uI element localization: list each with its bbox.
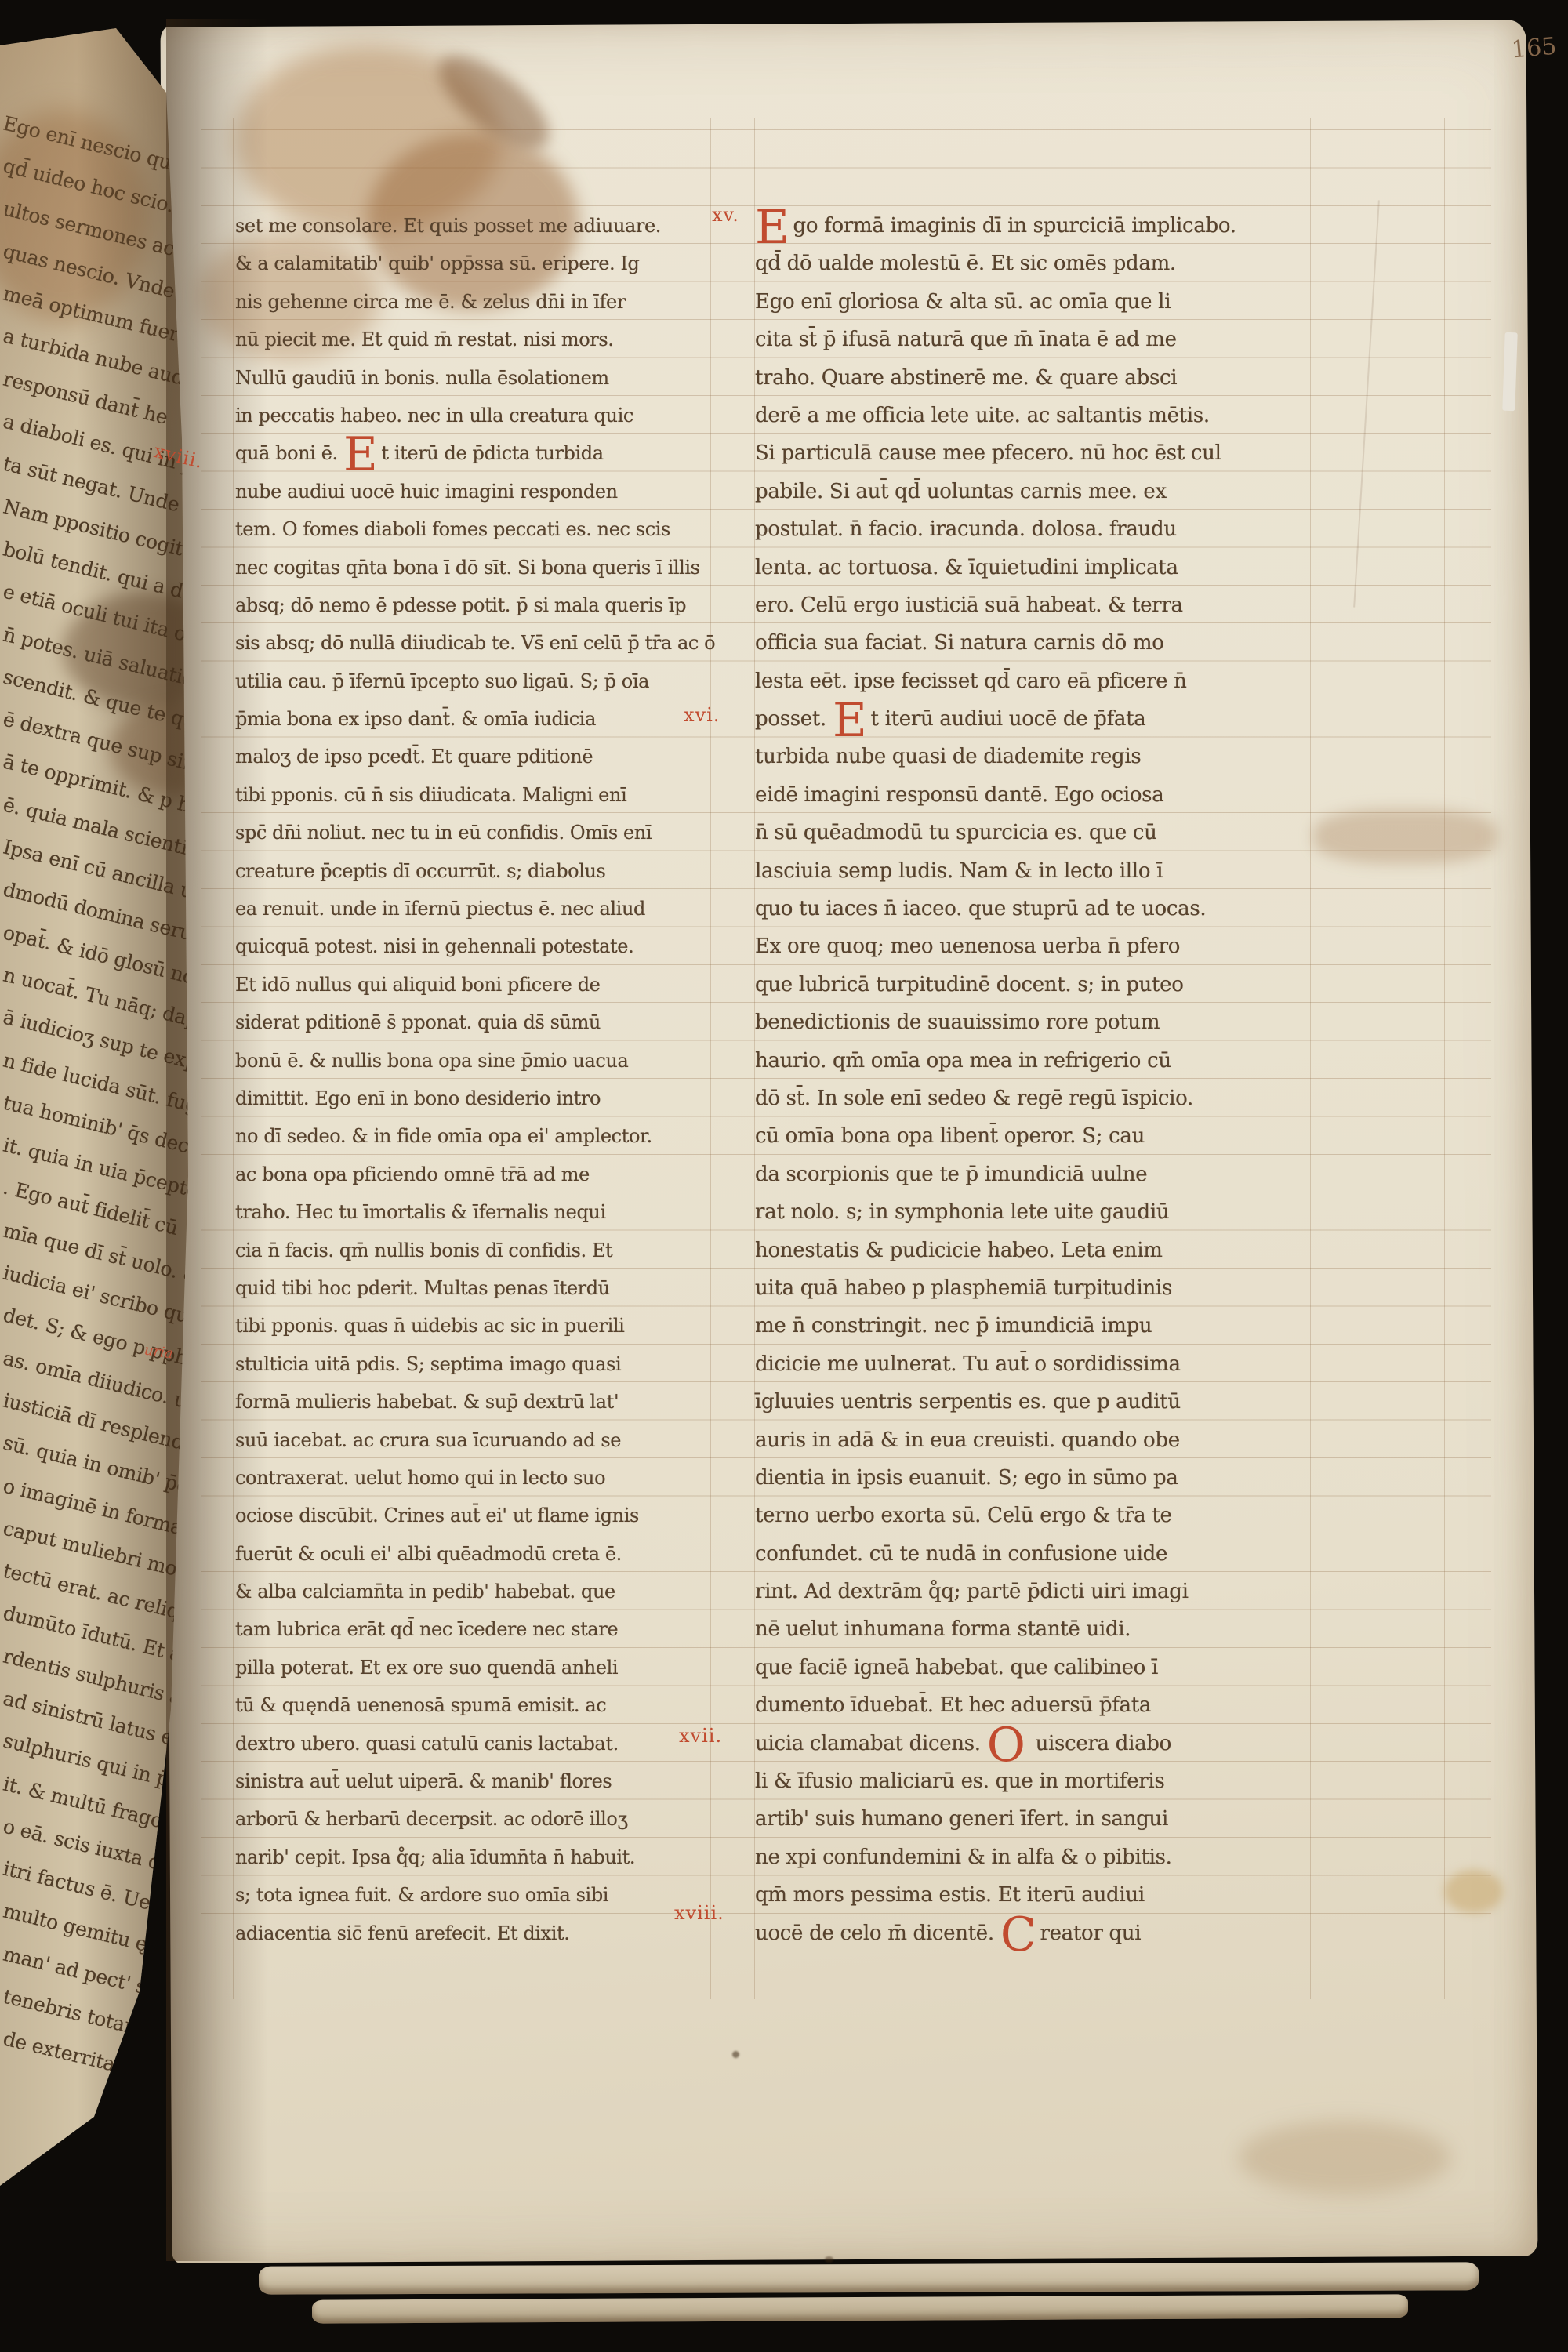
manuscript-line: quo tu iaces n̄ iaceo. que stuprū ad te …	[755, 891, 1315, 929]
manuscript-line: uita quā habeo p plasphemiā turpitudinis	[755, 1271, 1315, 1308]
manuscript-line: dumento īduebat̄. Et hec aduersū p̄fata	[755, 1688, 1315, 1726]
manuscript-line: sinistra aut̄ uelut uiperā. & manib' flo…	[235, 1764, 715, 1802]
text-segment: uicia clamabat dicens.	[755, 1732, 987, 1755]
manuscript-line: & alba calciamn̄ta in pedib' habebat. qu…	[235, 1574, 715, 1612]
previous-page-fragment: Ego enī nescio quid pqd̄ uideo hoc scio.…	[0, 0, 193, 2195]
text-segment: spc̄ dn̄i noliut. nec tu in eū confidis.…	[235, 822, 652, 844]
text-segment: formā mulieris habebat. & sup̄ dextrū la…	[235, 1391, 619, 1413]
text-segment: que lubricā turpitudinē docent. s; in pu…	[755, 973, 1184, 996]
page-block-edge	[312, 2294, 1408, 2323]
text-segment: officia sua faciat. Si natura carnis dō …	[755, 631, 1164, 655]
text-column-left: set me consolare. Et quis posset me adiu…	[235, 209, 715, 1954]
manuscript-line: eidē imagini responsū dantē. Ego ociosa	[755, 778, 1315, 815]
text-segment: rat nolo. s; in symphonia lete uite gaud…	[755, 1200, 1169, 1224]
manuscript-line: ociose discūbit. Crines aut̄ ei' ut flam…	[235, 1498, 715, 1536]
chapter-numeral-xviii: xviii.	[674, 1902, 724, 1924]
manuscript-line: pabile. Si aut̄ qd̄ uoluntas carnis mee.…	[755, 474, 1315, 512]
rubric-initial: C	[1000, 1907, 1036, 1962]
manuscript-line: siderat pditionē s̄ pponat. quia ds̄ sūm…	[235, 1005, 715, 1043]
manuscript-line: que lubricā turpitudinē docent. s; in pu…	[755, 967, 1315, 1005]
manuscript-line: Ex ore quoq; meo uenenosa uerba n̄ pfero	[755, 929, 1315, 967]
text-column-right: Ego formā imaginis dī in spurciciā impli…	[755, 209, 1315, 1954]
text-segment: Ego enī gloriosa & alta sū. ac omīa que …	[755, 290, 1171, 314]
manuscript-line: p̄mia bona ex ipso dant̄. & omīa iudicia	[235, 702, 715, 739]
manuscript-line: derē a me officia lete uite. ac saltanti…	[755, 398, 1315, 436]
manuscript-line: li & īfusio maliciarū es. que in mortife…	[755, 1764, 1315, 1802]
manuscript-line: honestatis & pudicicie habeo. Leta enim	[755, 1233, 1315, 1271]
manuscript-line: auris in adā & in eua creuisti. quando o…	[755, 1423, 1315, 1461]
manuscript-line: n̄ sū quēadmodū tu spurcicia es. que cū	[755, 815, 1315, 853]
text-segment: me n̄ constringit. nec p̄ imundiciā impu	[755, 1314, 1152, 1338]
text-segment: Nullū gaudiū in bonis. nulla ēsolationem	[235, 367, 609, 389]
manuscript-line: narib' cepit. Ipsa q̊q; alia īdumn̄ta n̄…	[235, 1840, 715, 1878]
manuscript-line: fuerūt & oculi ei' albi quēadmodū creta …	[235, 1537, 715, 1574]
manuscript-line: dientia in ipsis euanuit. S; ego in sūmo…	[755, 1461, 1315, 1498]
manuscript-line: ea renuit. unde in īfernū piectus ē. nec…	[235, 891, 715, 929]
text-segment: sinistra aut̄ uelut uiperā. & manib' flo…	[235, 1770, 612, 1792]
text-segment: Et idō nullus qui aliquid boni pficere d…	[235, 974, 600, 996]
text-segment: set me consolare. Et quis posset me adiu…	[235, 215, 661, 237]
text-segment: confundet. cū te nudā in confusione uide	[755, 1542, 1167, 1566]
text-segment: pabile. Si aut̄ qd̄ uoluntas carnis mee.…	[755, 480, 1167, 503]
manuscript-line: suū iacebat. ac crura sua īcuruando ad s…	[235, 1423, 715, 1461]
manuscript-line: adiacentia sic̄ fenū arefecit. Et dixit.	[235, 1916, 715, 1954]
chapter-numeral-xvii: xvii.	[679, 1725, 722, 1747]
folio-number: 165	[1511, 33, 1558, 64]
manuscript-line: s; tota ignea fuit. & ardore suo omīa si…	[235, 1878, 715, 1915]
text-segment: uiscera diabo	[1029, 1732, 1171, 1755]
manuscript-line: postulat. n̄ facio. iracunda. dolosa. fr…	[755, 512, 1315, 550]
manuscript-line: cū omīa bona opa libent̄ operor. S; cau	[755, 1119, 1315, 1156]
manuscript-line: quā boni ē. Et iterū de p̄dicta turbida	[235, 436, 715, 474]
text-segment: stulticia uitā pdis. S; septima imago qu…	[235, 1353, 621, 1375]
text-segment: utilia cau. p̄ īfernū īpcepto suo ligaū.…	[235, 670, 649, 692]
manuscript-line: spc̄ dn̄i noliut. nec tu in eū confidis.…	[235, 815, 715, 853]
text-segment: ac bona opa pficiendo omnē tr̄ā ad me	[235, 1163, 590, 1185]
text-segment: narib' cepit. Ipsa q̊q; alia īdumn̄ta n̄…	[235, 1846, 635, 1868]
text-segment: t iterū de p̄dicta turbida	[381, 442, 603, 464]
text-segment: qd̄ dō ualde molestū ē. Et sic omēs pdam…	[755, 252, 1176, 275]
text-segment: que faciē igneā habebat. que calibineo ī	[755, 1656, 1158, 1679]
manuscript-line: contraxerat. uelut homo qui in lecto suo	[235, 1461, 715, 1498]
text-segment: da scorpionis que te p̄ imundiciā uulne	[755, 1163, 1147, 1186]
manuscript-line: uocē de celo m̄ dicentē. Creator qui	[755, 1916, 1315, 1954]
text-segment: no dī sedeo. & in fide omīa opa ei' ampl…	[235, 1125, 652, 1147]
manuscript-line: confundet. cū te nudā in confusione uide	[755, 1537, 1315, 1574]
text-segment: reator qui	[1040, 1922, 1141, 1945]
text-segment: ociose discūbit. Crines aut̄ ei' ut flam…	[235, 1504, 639, 1526]
text-segment: creature p̄ceptis dī occurrūt. s; diabol…	[235, 860, 605, 882]
text-segment: derē a me officia lete uite. ac saltanti…	[755, 404, 1210, 427]
manuscript-line: officia sua faciat. Si natura carnis dō …	[755, 626, 1315, 663]
text-segment: quicquā potest. nisi in gehennali potest…	[235, 935, 633, 957]
text-segment: postulat. n̄ facio. iracunda. dolosa. fr…	[755, 517, 1177, 541]
text-segment: & alba calciamn̄ta in pedib' habebat. qu…	[235, 1581, 615, 1602]
manuscript-line: nē uelut inhumana forma stantē uidi.	[755, 1612, 1315, 1650]
text-segment: dicicie me uulnerat. Tu aut̄ o sordidiss…	[755, 1352, 1181, 1376]
text-segment: quo tu iaces n̄ iaceo. que stuprū ad te …	[755, 897, 1206, 920]
manuscript-line: no dī sedeo. & in fide omīa opa ei' ampl…	[235, 1119, 715, 1156]
manuscript-line: īgluuies uentris serpentis es. que p aud…	[755, 1385, 1315, 1422]
text-segment: ea renuit. unde in īfernū piectus ē. nec…	[235, 898, 645, 920]
text-segment: traho. Hec tu īmortalis & īfernalis nequ…	[235, 1201, 606, 1223]
manuscript-line: Ego formā imaginis dī in spurciciā impli…	[755, 209, 1315, 246]
text-segment: lenta. ac tortuosa. & īquietudini implic…	[755, 556, 1178, 579]
manuscript-line: me n̄ constringit. nec p̄ imundiciā impu	[755, 1308, 1315, 1346]
text-segment: qm̄ mors pessima estis. Et iterū audiui	[755, 1883, 1145, 1907]
text-segment: adiacentia sic̄ fenū arefecit. Et dixit.	[235, 1922, 570, 1944]
text-segment: s; tota ignea fuit. & ardore suo omīa si…	[235, 1884, 608, 1906]
manuscript-line: & a calamitatib' quib' opp̄ssa sū. eripe…	[235, 246, 715, 284]
text-segment: tibi pponis. quas n̄ uidebis ac sic in p…	[235, 1315, 624, 1337]
text-segment: go formā imaginis dī in spurciciā implic…	[793, 214, 1236, 238]
text-segment: benedictionis de suauissimo rore potum	[755, 1011, 1160, 1034]
text-segment: nū piecit me. Et quid m̄ restat. nisi mo…	[235, 328, 614, 350]
ruling-line	[1444, 118, 1445, 1999]
text-segment: tam lubrica erāt qd̄ nec īcedere nec sta…	[235, 1618, 618, 1640]
text-segment: eidē imagini responsū dantē. Ego ociosa	[755, 783, 1163, 807]
text-segment: nube audiui uocē huic imagini responden	[235, 481, 618, 503]
ruling-line	[1490, 118, 1490, 1999]
manuscript-photo: set me consolare. Et quis posset me adiu…	[0, 0, 1568, 2352]
text-segment: li & īfusio maliciarū es. que in mortife…	[755, 1769, 1165, 1793]
text-segment: auris in adā & in eua creuisti. quando o…	[755, 1428, 1180, 1452]
gutter-shadow	[166, 19, 268, 2261]
chapter-numeral-xvi: xvi.	[684, 704, 720, 726]
chapter-numeral-xv: xv.	[712, 204, 739, 226]
manuscript-line: cita st̄ p̄ ifusā naturā que m̄ īnata ē …	[755, 322, 1315, 360]
text-segment: lasciuia semp ludis. Nam & in lecto illo…	[755, 859, 1163, 883]
text-segment: uita quā habeo p plasphemiā turpitudinis	[755, 1276, 1172, 1300]
text-segment: tem. O fomes diaboli fomes peccati es. n…	[235, 518, 670, 540]
text-segment: & a calamitatib' quib' opp̄ssa sū. eripe…	[235, 252, 640, 274]
text-segment: rint. Ad dextrām q̊q; partē p̄dicti uiri…	[755, 1580, 1189, 1603]
text-segment: Si particulā cause mee pfecero. nū hoc ē…	[755, 441, 1221, 465]
text-segment: in peccatis habeo. nec in ulla creatura …	[235, 405, 633, 426]
manuscript-line: ac bona opa pficiendo omnē tr̄ā ad me	[235, 1157, 715, 1195]
text-segment: haurio. qm̄ omīa opa mea in refrigerio c…	[755, 1049, 1171, 1073]
manuscript-line: tam lubrica erāt qd̄ nec īcedere nec sta…	[235, 1612, 715, 1650]
text-segment: cū omīa bona opa libent̄ operor. S; cau	[755, 1124, 1145, 1148]
manuscript-line: Si particulā cause mee pfecero. nū hoc ē…	[755, 436, 1315, 474]
text-segment: uocē de celo m̄ dicentē.	[755, 1922, 1000, 1945]
text-segment: cia n̄ facis. qm̄ nullis bonis dī confid…	[235, 1240, 612, 1261]
manuscript-line: arborū & herbarū decerpsit. ac odorē ill…	[235, 1802, 715, 1839]
text-segment: posset.	[755, 707, 833, 731]
text-segment: dientia in ipsis euanuit. S; ego in sūmo…	[755, 1466, 1178, 1490]
manuscript-line: in peccatis habeo. nec in ulla creatura …	[235, 398, 715, 436]
manuscript-line: lenta. ac tortuosa. & īquietudini implic…	[755, 550, 1315, 588]
manuscript-line: ne xpi confundemini & in alfa & o pibiti…	[755, 1840, 1315, 1878]
manuscript-line: utilia cau. p̄ īfernū īpcepto suo ligaū.…	[235, 664, 715, 702]
manuscript-line: stulticia uitā pdis. S; septima imago qu…	[235, 1347, 715, 1385]
text-segment: p̄mia bona ex ipso dant̄. & omīa iudicia	[235, 708, 596, 730]
manuscript-line: posset. Et iterū audiui uocē de p̄fata	[755, 702, 1315, 739]
text-segment: nē uelut inhumana forma stantē uidi.	[755, 1617, 1131, 1641]
text-segment: maloʒ de ipso pcedt̄. Et quare pditionē	[235, 746, 593, 768]
manuscript-line: lasciuia semp ludis. Nam & in lecto illo…	[755, 854, 1315, 891]
text-segment: artib' suis humano generi īfert. in sang…	[755, 1807, 1168, 1831]
manuscript-line: nube audiui uocē huic imagini responden	[235, 474, 715, 512]
text-segment: absq; dō nemo ē pdesse potit. p̄ si mala…	[235, 594, 686, 616]
text-segment: tibi pponis. cū n̄ sis diiudicata. Malig…	[235, 784, 626, 806]
text-segment: Ex ore quoq; meo uenenosa uerba n̄ pfero	[755, 935, 1180, 958]
text-segment: turbida nube quasi de diademite regis	[755, 745, 1141, 768]
text-segment: dextro ubero. quasi catulū canis lactaba…	[235, 1733, 619, 1755]
text-segment: sis absq; dō nullā diiudicab te. Vs̄ enī…	[235, 632, 715, 654]
manuscript-line: dimittit. Ego enī in bono desiderio intr…	[235, 1081, 715, 1119]
manuscript-line: tibi pponis. quas n̄ uidebis ac sic in p…	[235, 1308, 715, 1346]
manuscript-line: dō st̄. In sole enī sedeo & regē regū īs…	[755, 1081, 1315, 1119]
manuscript-line: rat nolo. s; in symphonia lete uite gaud…	[755, 1195, 1315, 1232]
manuscript-line: dextro ubero. quasi catulū canis lactaba…	[235, 1726, 715, 1764]
manuscript-line: nis gehenne circa me ē. & zelus dn̄i in …	[235, 285, 715, 322]
manuscript-line: absq; dō nemo ē pdesse potit. p̄ si mala…	[235, 588, 715, 626]
manuscript-line: benedictionis de suauissimo rore potum	[755, 1005, 1315, 1043]
text-segment: terno uerbo exorta sū. Celū ergo & tr̄a …	[755, 1504, 1172, 1527]
text-segment: lesta eēt. ipse fecisset qd̄ caro eā pfi…	[755, 670, 1187, 693]
text-segment: bonū ē. & nullis bona opa sine p̄mio uac…	[235, 1050, 628, 1072]
text-segment: dimittit. Ego enī in bono desiderio intr…	[235, 1087, 601, 1109]
manuscript-line: Ego enī gloriosa & alta sū. ac omīa que …	[755, 285, 1315, 322]
manuscript-line: qd̄ dō ualde molestū ē. Et sic omēs pdam…	[755, 246, 1315, 284]
manuscript-line: haurio. qm̄ omīa opa mea in refrigerio c…	[755, 1044, 1315, 1081]
text-segment: fuerūt & oculi ei' albi quēadmodū creta …	[235, 1543, 622, 1565]
manuscript-line: cia n̄ facis. qm̄ nullis bonis dī confid…	[235, 1233, 715, 1271]
text-segment: dō st̄. In sole enī sedeo & regē regū īs…	[755, 1087, 1193, 1110]
manuscript-line: sis absq; dō nullā diiudicab te. Vs̄ enī…	[235, 626, 715, 663]
manuscript-line: ero. Celū ergo iusticiā suā habeat. & te…	[755, 588, 1315, 626]
text-segment: n̄ sū quēadmodū tu spurcicia es. que cū	[755, 821, 1157, 844]
manuscript-line: artib' suis humano generi īfert. in sang…	[755, 1802, 1315, 1839]
text-segment: suū iacebat. ac crura sua īcuruando ad s…	[235, 1429, 621, 1451]
manuscript-line: da scorpionis que te p̄ imundiciā uulne	[755, 1157, 1315, 1195]
text-segment: nec cogitas qn̄ta bona ī dō sīt. Si bona…	[235, 557, 700, 579]
text-segment: arborū & herbarū decerpsit. ac odorē ill…	[235, 1808, 628, 1830]
page-block-edge	[259, 2262, 1479, 2294]
manuscript-line: tū & quęndā uenenosā spumā emisit. ac	[235, 1688, 715, 1726]
text-segment: tū & quęndā uenenosā spumā emisit. ac	[235, 1694, 606, 1716]
text-segment: siderat pditionē s̄ pponat. quia ds̄ sūm…	[235, 1011, 601, 1033]
manuscript-line: traho. Hec tu īmortalis & īfernalis nequ…	[235, 1195, 715, 1232]
text-segment: dumento īduebat̄. Et hec aduersū p̄fata	[755, 1693, 1151, 1717]
manuscript-line: uicia clamabat dicens. O uiscera diabo	[755, 1726, 1315, 1764]
manuscript-line: Et idō nullus qui aliquid boni pficere d…	[235, 967, 715, 1005]
manuscript-line: tibi pponis. cū n̄ sis diiudicata. Malig…	[235, 778, 715, 815]
text-segment: cita st̄ p̄ ifusā naturā que m̄ īnata ē …	[755, 328, 1177, 351]
manuscript-line: dicicie me uulnerat. Tu aut̄ o sordidiss…	[755, 1347, 1315, 1385]
manuscript-line: maloʒ de ipso pcedt̄. Et quare pditionē	[235, 739, 715, 777]
manuscript-line: creature p̄ceptis dī occurrūt. s; diabol…	[235, 854, 715, 891]
manuscript-line: pilla poterat. Et ex ore suo quendā anhe…	[235, 1650, 715, 1688]
text-segment: nis gehenne circa me ē. & zelus dn̄i in …	[235, 291, 626, 313]
manuscript-line: terno uerbo exorta sū. Celū ergo & tr̄a …	[755, 1498, 1315, 1536]
text-segment: ne xpi confundemini & in alfa & o pibiti…	[755, 1846, 1172, 1869]
manuscript-line: set me consolare. Et quis posset me adiu…	[235, 209, 715, 246]
manuscript-line: tem. O fomes diaboli fomes peccati es. n…	[235, 512, 715, 550]
text-segment: īgluuies uentris serpentis es. que p aud…	[755, 1390, 1181, 1414]
manuscript-line: quicquā potest. nisi in gehennali potest…	[235, 929, 715, 967]
page-curl-shadow	[0, 0, 193, 2195]
manuscript-line: formā mulieris habebat. & sup̄ dextrū la…	[235, 1385, 715, 1422]
text-segment: contraxerat. uelut homo qui in lecto suo	[235, 1467, 605, 1489]
manuscript-line: rint. Ad dextrām q̊q; partē p̄dicti uiri…	[755, 1574, 1315, 1612]
manuscript-line: que faciē igneā habebat. que calibineo ī	[755, 1650, 1315, 1688]
text-segment: t iterū audiui uocē de p̄fata	[870, 707, 1145, 731]
manuscript-line: turbida nube quasi de diademite regis	[755, 739, 1315, 777]
manuscript-line: nū piecit me. Et quid m̄ restat. nisi mo…	[235, 322, 715, 360]
text-segment: honestatis & pudicicie habeo. Leta enim	[755, 1239, 1163, 1262]
text-segment: ero. Celū ergo iusticiā suā habeat. & te…	[755, 593, 1183, 617]
manuscript-line: Nullū gaudiū in bonis. nulla ēsolationem	[235, 361, 715, 398]
manuscript-line: traho. Quare abstinerē me. & quare absci	[755, 361, 1315, 398]
manuscript-line: nec cogitas qn̄ta bona ī dō sīt. Si bona…	[235, 550, 715, 588]
manuscript-line: bonū ē. & nullis bona opa sine p̄mio uac…	[235, 1044, 715, 1081]
text-segment: traho. Quare abstinerē me. & quare absci	[755, 366, 1177, 390]
text-segment: quid tibi hoc pderit. Multas penas īterd…	[235, 1277, 610, 1299]
manuscript-line: quid tibi hoc pderit. Multas penas īterd…	[235, 1271, 715, 1308]
text-segment: pilla poterat. Et ex ore suo quendā anhe…	[235, 1657, 618, 1679]
